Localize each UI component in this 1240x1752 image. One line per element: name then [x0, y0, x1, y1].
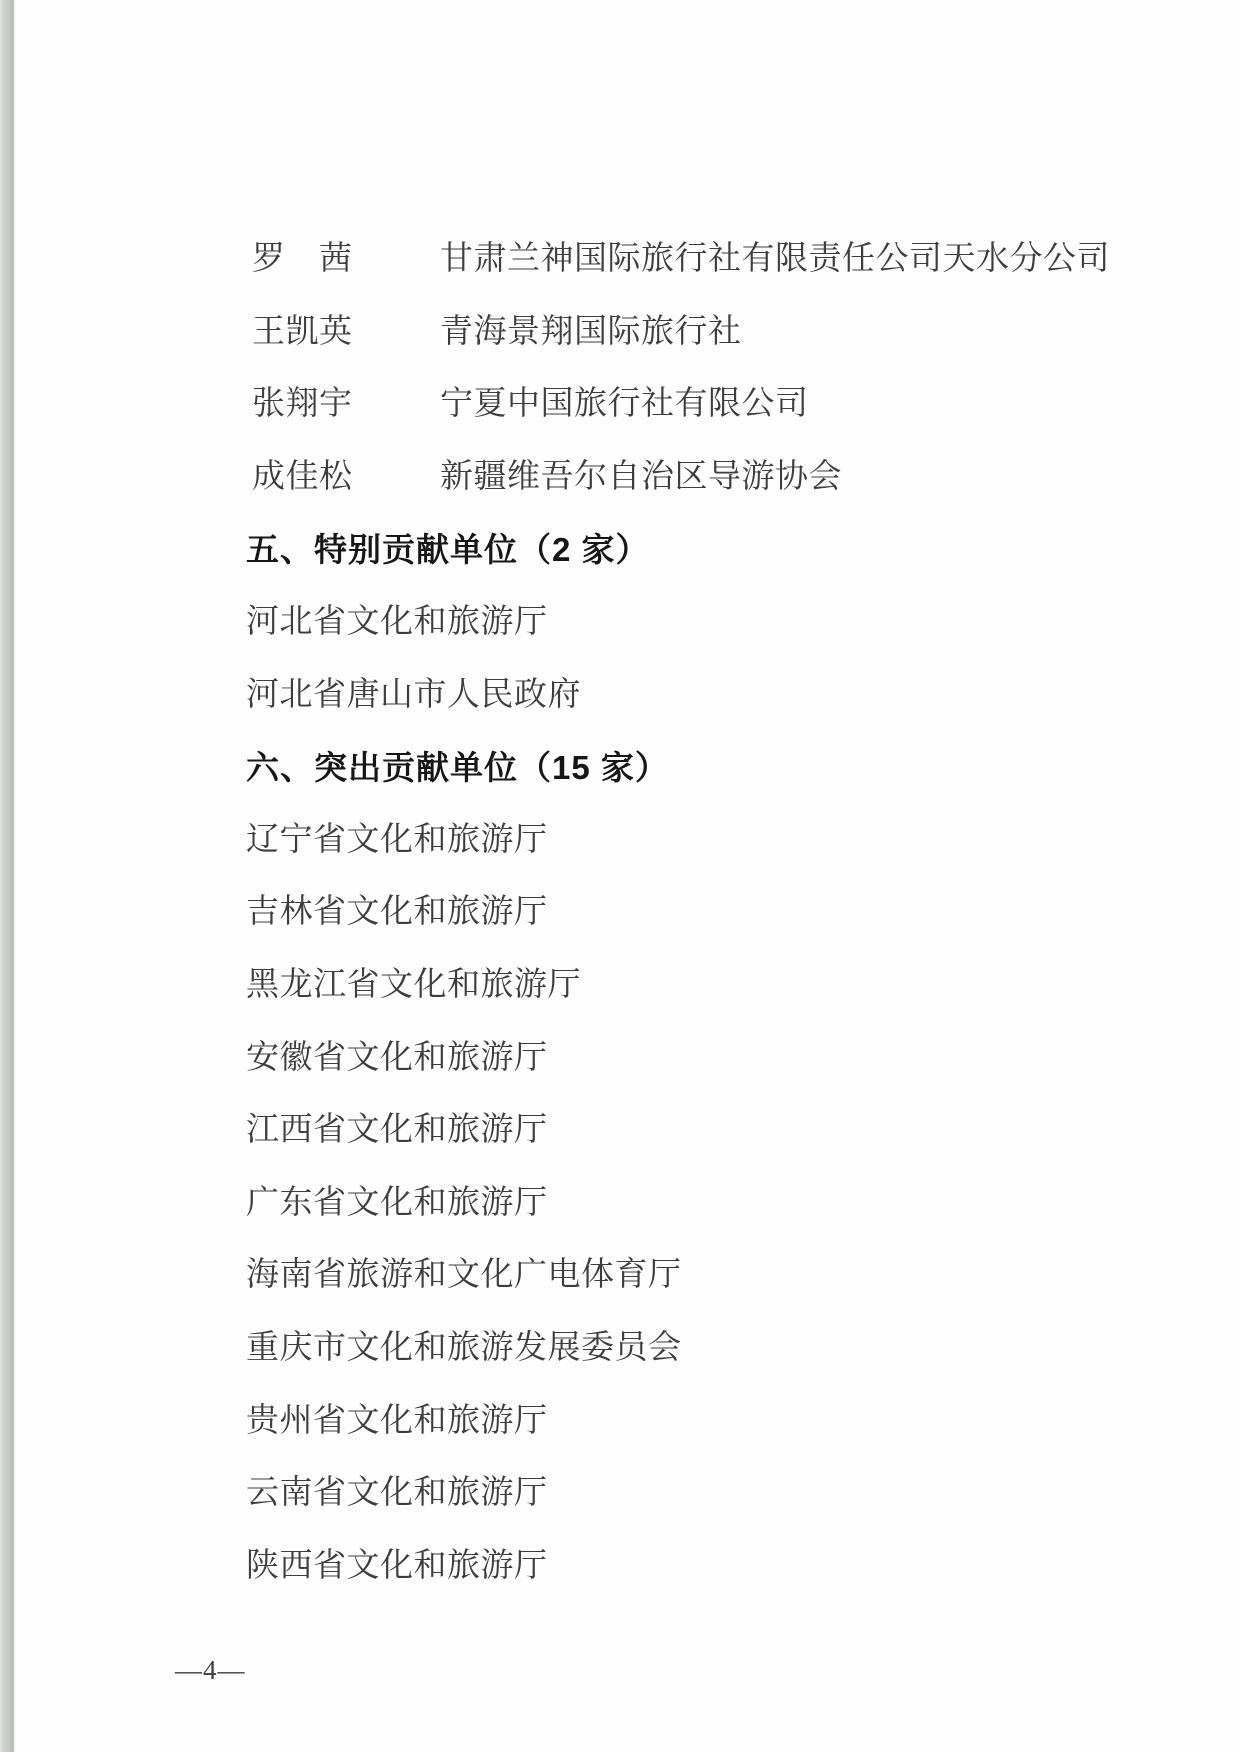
organization-item: 安徽省文化和旅游厅: [246, 1042, 548, 1075]
awardee-row: 成佳松新疆维吾尔自治区导游协会: [252, 461, 842, 494]
awardee-name: 成佳松: [252, 461, 440, 494]
organization-item: 广东省文化和旅游厅: [246, 1187, 548, 1220]
awardee-name: 罗 茜: [252, 243, 440, 276]
organization-item: 江西省文化和旅游厅: [246, 1114, 548, 1147]
awardee-name: 王凯英: [252, 316, 440, 349]
awardee-organization: 甘肃兰神国际旅行社有限责任公司天水分公司: [440, 241, 1110, 277]
awardee-row: 张翔宇宁夏中国旅行社有限公司: [252, 388, 809, 421]
awardee-name: 张翔宇: [252, 388, 440, 421]
scanned-document-page: 罗 茜甘肃兰神国际旅行社有限责任公司天水分公司王凯英青海景翔国际旅行社张翔宇宁夏…: [0, 0, 1240, 1752]
section-heading: 六、突出贡献单位（15 家）: [246, 751, 669, 784]
awardee-row: 罗 茜甘肃兰神国际旅行社有限责任公司天水分公司: [252, 243, 1110, 276]
organization-item: 河北省文化和旅游厅: [246, 606, 548, 639]
organization-item: 吉林省文化和旅游厅: [246, 896, 548, 929]
organization-item: 陕西省文化和旅游厅: [246, 1550, 548, 1583]
organization-item: 黑龙江省文化和旅游厅: [246, 969, 581, 1002]
scan-edge-strip: [0, 0, 15, 1752]
awardee-organization: 宁夏中国旅行社有限公司: [440, 386, 809, 422]
awardee-organization: 青海景翔国际旅行社: [440, 314, 742, 350]
organization-item: 贵州省文化和旅游厅: [246, 1405, 548, 1438]
awardee-organization: 新疆维吾尔自治区导游协会: [440, 459, 842, 495]
awardee-row: 王凯英青海景翔国际旅行社: [252, 316, 742, 349]
organization-item: 海南省旅游和文化广电体育厅: [246, 1259, 682, 1292]
page-number: —4—: [175, 1657, 246, 1684]
section-heading: 五、特别贡献单位（2 家）: [246, 533, 650, 566]
organization-item: 重庆市文化和旅游发展委员会: [246, 1332, 682, 1365]
organization-item: 辽宁省文化和旅游厅: [246, 824, 548, 857]
organization-item: 云南省文化和旅游厅: [246, 1477, 548, 1510]
organization-item: 河北省唐山市人民政府: [246, 679, 581, 712]
